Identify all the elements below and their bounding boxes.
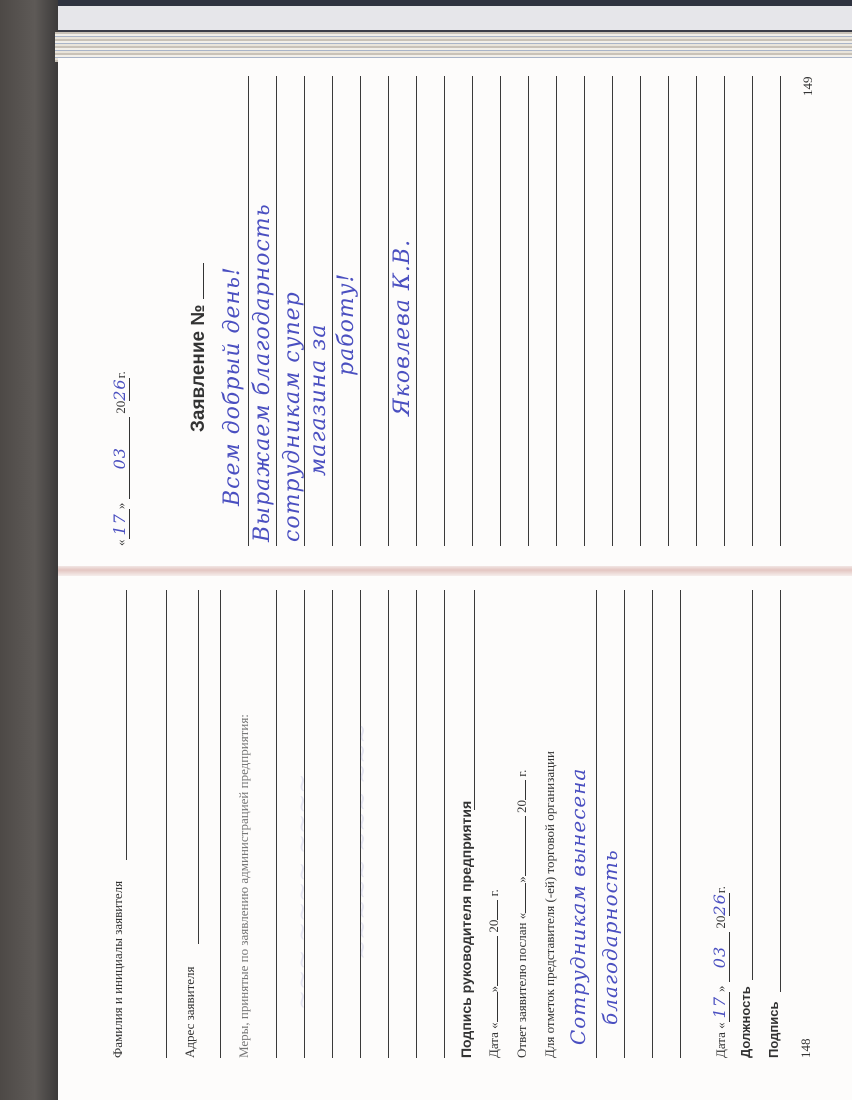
statement-line-14 (612, 76, 613, 546)
scanner-edge (0, 0, 58, 1100)
position-label: Должность (738, 986, 753, 1058)
show-through-handwriting-2: ~~~~~ ~~~ ~~~ (348, 724, 376, 960)
measures-line-5 (388, 590, 389, 1058)
representative-note-line-2: благодарность (598, 849, 622, 1025)
measures-line-7 (444, 590, 445, 1058)
representative-note-line-1: Сотрудникам вынесена (566, 768, 590, 1045)
statement-title: Заявление № (188, 263, 210, 432)
statement-line-10 (500, 76, 501, 546)
representative-notes-label: Для отметок представителя (-ей) торговой… (542, 751, 558, 1058)
page-149: «17» 03 2026г. Заявление № Всем добрый д… (58, 58, 852, 566)
page-number-149: 149 (800, 77, 816, 97)
notes-line-1 (596, 590, 597, 1058)
statement-line-6 (388, 76, 389, 546)
measures-line-1 (276, 590, 277, 1058)
applicant-name-label: Фамилия и инициалы заявителя (110, 881, 126, 1058)
position-line (752, 590, 753, 980)
statement-text-line-4: магазина за (306, 324, 331, 476)
manager-signature-line (474, 590, 475, 810)
manager-signature-label: Подпись руководителя предприятия (458, 801, 474, 1058)
statement-line-19 (752, 76, 753, 546)
notes-line-2 (624, 590, 625, 1058)
statement-signature: Яковлева К.В. (390, 239, 415, 416)
statement-text-line-5: работу! (334, 273, 359, 376)
statement-line-4 (332, 76, 333, 546)
statement-line-11 (528, 76, 529, 546)
book-spine (58, 566, 852, 576)
signature-line (780, 590, 781, 992)
notes-line-3 (652, 590, 653, 1058)
statement-line-16 (668, 76, 669, 546)
reply-sent-line: Ответ заявителю послан «» 20 г. (514, 770, 530, 1058)
statement-line-7 (416, 76, 417, 546)
statement-text-line-2: Выражаем благодарность (250, 203, 275, 542)
statement-line-8 (444, 76, 445, 546)
scanner-top-strip (58, 0, 852, 36)
measures-label: Меры, принятые по заявлению администраци… (236, 714, 252, 1058)
page-148: Фамилия и инициалы заявителя Адрес заяви… (58, 576, 852, 1100)
statement-line-1 (248, 76, 249, 546)
applicant-name-line (126, 590, 127, 860)
statement-line-12 (556, 76, 557, 546)
statement-text-line-1: Всем добрый день! (220, 266, 245, 506)
measures-line-6 (416, 590, 417, 1058)
applicant-address-line (198, 590, 199, 944)
applicant-name-line-2 (166, 590, 167, 1058)
signature-label: Подпись (766, 1002, 781, 1058)
statement-line-17 (696, 76, 697, 546)
statement-text-line-3: сотрудникам супер (280, 291, 305, 542)
statement-line-20 (780, 76, 781, 546)
date-line: Дата «» 20 г. (486, 889, 502, 1058)
show-through-handwriting: ~~~ ~~~~ ~~~~ (288, 774, 316, 1010)
statement-line-5 (360, 76, 361, 546)
statement-line-9 (472, 76, 473, 546)
statement-line-2 (276, 76, 277, 546)
notes-line-4 (680, 590, 681, 1058)
header-date: «17» 03 2026г. (110, 371, 129, 546)
measures-line-3 (332, 590, 333, 1058)
bottom-date: Дата «17» 03 2026г. (710, 886, 729, 1058)
statement-line-18 (724, 76, 725, 546)
applicant-address-label: Адрес заявителя (182, 966, 198, 1058)
statement-line-15 (640, 76, 641, 546)
applicant-address-line-2 (220, 590, 221, 1058)
page-number-148: 148 (798, 1039, 814, 1059)
statement-line-13 (584, 76, 585, 546)
